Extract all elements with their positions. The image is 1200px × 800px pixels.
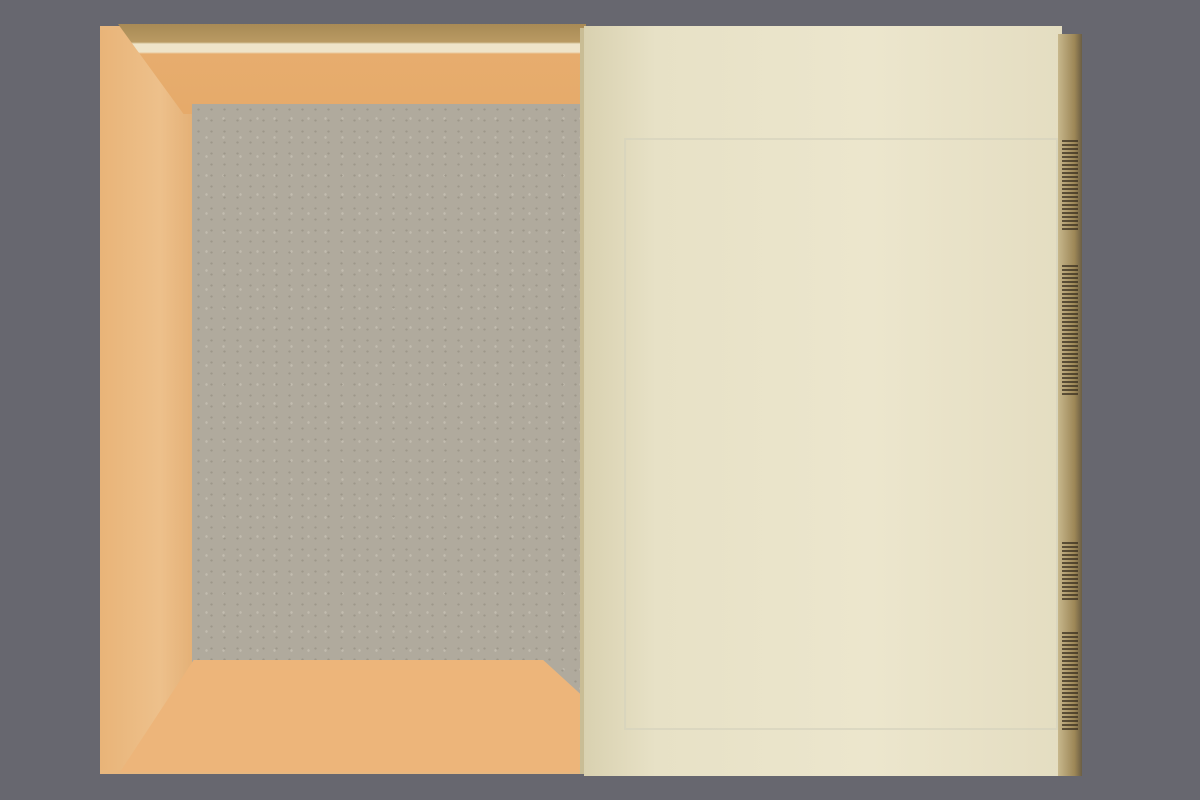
edge-print-mark	[1062, 630, 1078, 730]
cover-turn-in-left	[100, 30, 200, 770]
edge-print-mark	[1062, 140, 1078, 230]
cover-board	[192, 104, 582, 704]
edge-print-mark	[1062, 540, 1078, 600]
cover-turn-in-bottom	[120, 660, 580, 772]
page-frame	[624, 138, 1058, 730]
cover-turn-in-top	[118, 24, 586, 114]
edge-print-mark	[1062, 265, 1078, 395]
